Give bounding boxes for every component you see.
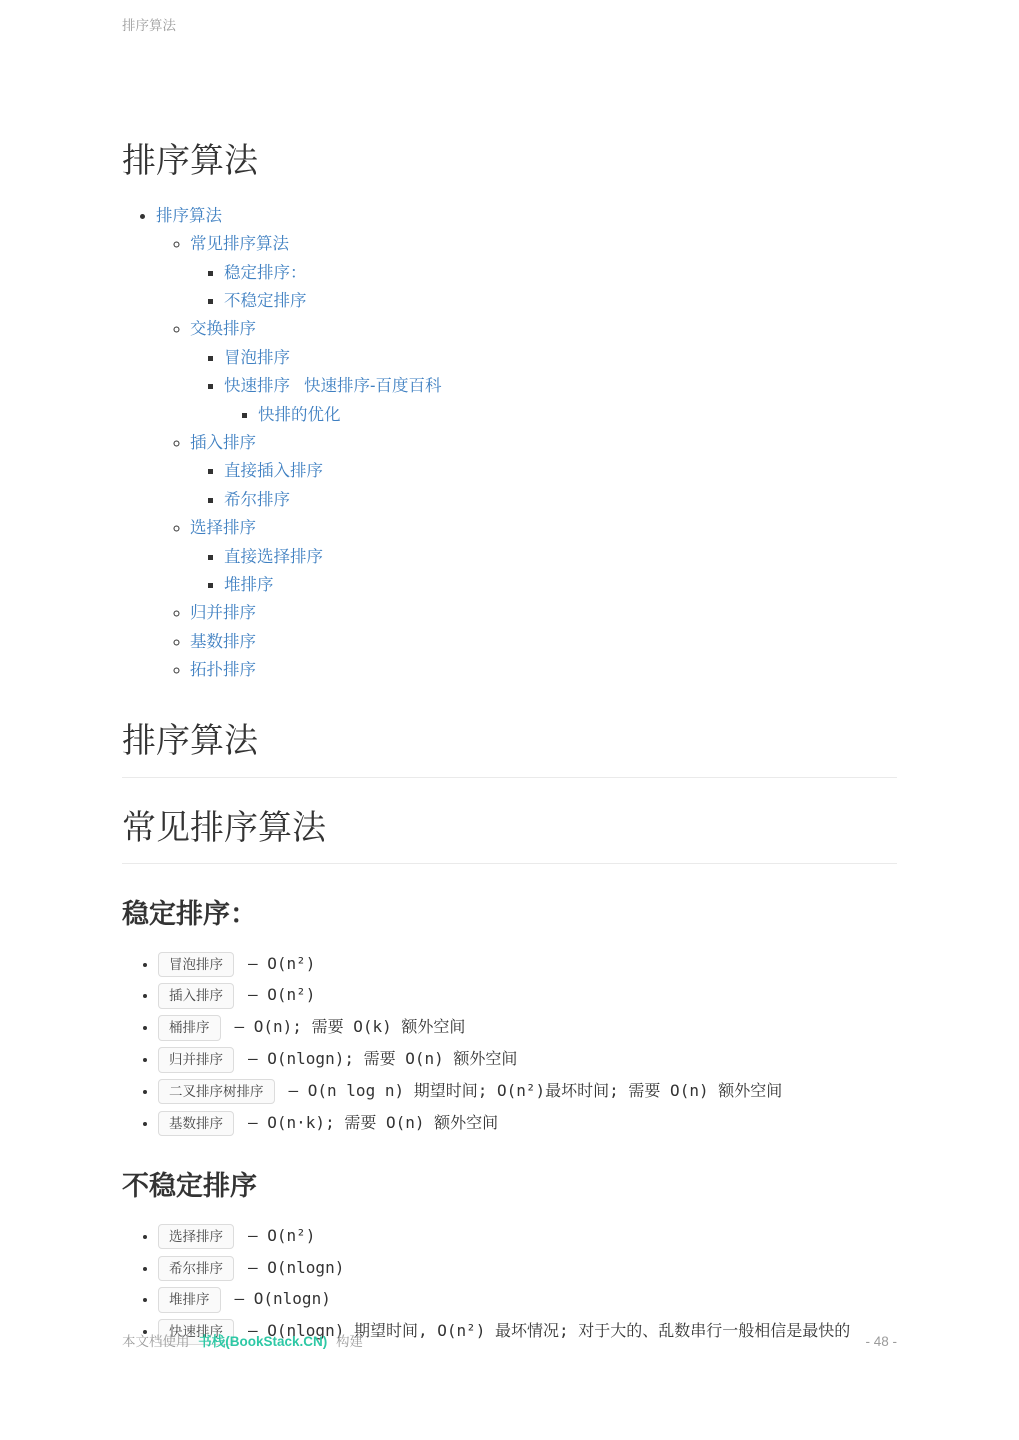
complexity-text: — O(nlogn) <box>248 1258 344 1277</box>
page-footer: 本文档使用 书栈(BookStack.CN) 构建 - 48 - <box>122 1330 897 1350</box>
list-item: 归并排序— O(nlogn); 需要 O(n) 额外空间 <box>158 1047 897 1073</box>
toc-link[interactable]: 稳定排序： <box>224 264 307 282</box>
toc-link[interactable]: 快速排序 <box>224 377 290 395</box>
toc-item: 稳定排序： <box>224 259 897 287</box>
toc-item: 交换排序 冒泡排序 快速排序快速排序-百度百科 快排的优化 <box>190 315 897 429</box>
footer-credit: 本文档使用 书栈(BookStack.CN) 构建 <box>122 1330 363 1350</box>
toc-link[interactable]: 直接选择排序 <box>224 548 323 566</box>
toc-item: 选择排序 直接选择排序 堆排序 <box>190 514 897 599</box>
toc-link[interactable]: 插入排序 <box>190 434 256 452</box>
toc-link[interactable]: 快排的优化 <box>258 406 341 424</box>
subsection-heading-stable: 稳定排序： <box>122 898 897 930</box>
complexity-text: — O(n²) <box>248 985 315 1004</box>
toc-item: 归并排序 <box>190 599 897 627</box>
running-header: 排序算法 <box>122 14 176 34</box>
code-badge: 基数排序 <box>158 1111 234 1137</box>
toc-link[interactable]: 堆排序 <box>224 576 274 594</box>
complexity-text: — O(n²) <box>248 954 315 973</box>
toc-link[interactable]: 常见排序算法 <box>190 235 289 253</box>
complexity-text: — O(nlogn) <box>235 1289 331 1308</box>
toc-item: 基数排序 <box>190 628 897 656</box>
section-heading-common-sorting: 常见排序算法 <box>122 808 897 865</box>
complexity-text: — O(n log n) 期望时间; O(n²)最坏时间; 需要 O(n) 额外… <box>289 1081 783 1100</box>
list-item: 桶排序— O(n); 需要 O(k) 额外空间 <box>158 1015 897 1041</box>
toc-item: 快排的优化 <box>258 401 897 429</box>
toc-item: 希尔排序 <box>224 486 897 514</box>
list-item: 选择排序— O(n²) <box>158 1224 897 1250</box>
code-badge: 桶排序 <box>158 1015 221 1041</box>
toc: 排序算法 常见排序算法 稳定排序： 不稳定排序 交换排序 冒泡排序 快速排序快速… <box>122 202 897 685</box>
list-item: 基数排序— O(n·k); 需要 O(n) 额外空间 <box>158 1111 897 1137</box>
toc-item: 拓扑排序 <box>190 656 897 684</box>
toc-item: 堆排序 <box>224 571 897 599</box>
toc-item: 直接选择排序 <box>224 543 897 571</box>
toc-sublist: 直接选择排序 堆排序 <box>190 543 897 600</box>
toc-sublist: 快排的优化 <box>224 401 897 429</box>
list-item: 插入排序— O(n²) <box>158 983 897 1009</box>
list-item: 冒泡排序— O(n²) <box>158 952 897 978</box>
code-badge: 堆排序 <box>158 1287 221 1313</box>
footer-prefix: 本文档使用 <box>122 1334 190 1349</box>
toc-link-external[interactable]: 快速排序-百度百科 <box>304 377 442 395</box>
toc-link[interactable]: 交换排序 <box>190 320 256 338</box>
toc-link[interactable]: 排序算法 <box>156 207 222 225</box>
code-badge: 冒泡排序 <box>158 952 234 978</box>
toc-item: 直接插入排序 <box>224 457 897 485</box>
toc-item: 常见排序算法 稳定排序： 不稳定排序 <box>190 230 897 315</box>
page-title: 排序算法 <box>122 141 897 182</box>
toc-item: 快速排序快速排序-百度百科 快排的优化 <box>224 372 897 429</box>
section-heading-sorting: 排序算法 <box>122 721 897 778</box>
toc-item: 冒泡排序 <box>224 344 897 372</box>
complexity-text: — O(n²) <box>248 1226 315 1245</box>
list-item: 二叉排序树排序— O(n log n) 期望时间; O(n²)最坏时间; 需要 … <box>158 1079 897 1105</box>
code-badge: 插入排序 <box>158 983 234 1009</box>
toc-link[interactable]: 希尔排序 <box>224 491 290 509</box>
toc-link[interactable]: 直接插入排序 <box>224 462 323 480</box>
toc-link[interactable]: 拓扑排序 <box>190 661 256 679</box>
toc-sublist: 常见排序算法 稳定排序： 不稳定排序 交换排序 冒泡排序 快速排序快速排序-百度… <box>156 230 897 685</box>
code-badge: 选择排序 <box>158 1224 234 1250</box>
toc-link[interactable]: 归并排序 <box>190 604 256 622</box>
stable-sort-list: 冒泡排序— O(n²) 插入排序— O(n²) 桶排序— O(n); 需要 O(… <box>122 952 897 1137</box>
document-page: 排序算法 排序算法 排序算法 常见排序算法 稳定排序： 不稳定排序 交换排序 冒… <box>0 0 1019 1440</box>
list-item: 堆排序— O(nlogn) <box>158 1287 897 1313</box>
subsection-heading-unstable: 不稳定排序 <box>122 1170 897 1202</box>
toc-sublist: 冒泡排序 快速排序快速排序-百度百科 快排的优化 <box>190 344 897 429</box>
complexity-text: — O(n); 需要 O(k) 额外空间 <box>235 1017 466 1036</box>
page-number: - 48 - <box>865 1334 897 1349</box>
complexity-text: — O(n·k); 需要 O(n) 额外空间 <box>248 1113 498 1132</box>
toc-item: 插入排序 直接插入排序 希尔排序 <box>190 429 897 514</box>
footer-brand-link[interactable]: 书栈(BookStack.CN) <box>198 1334 327 1349</box>
code-badge: 归并排序 <box>158 1047 234 1073</box>
code-badge: 希尔排序 <box>158 1256 234 1282</box>
toc-link[interactable]: 选择排序 <box>190 519 256 537</box>
toc-link[interactable]: 不稳定排序 <box>224 292 307 310</box>
code-badge: 二叉排序树排序 <box>158 1079 275 1105</box>
toc-link[interactable]: 冒泡排序 <box>224 349 290 367</box>
toc-sublist: 稳定排序： 不稳定排序 <box>190 259 897 316</box>
list-item: 希尔排序— O(nlogn) <box>158 1256 897 1282</box>
complexity-text: — O(nlogn); 需要 O(n) 额外空间 <box>248 1049 517 1068</box>
footer-suffix: 构建 <box>336 1334 363 1349</box>
toc-link[interactable]: 基数排序 <box>190 633 256 651</box>
toc-sublist: 直接插入排序 希尔排序 <box>190 457 897 514</box>
toc-item: 排序算法 常见排序算法 稳定排序： 不稳定排序 交换排序 冒泡排序 快速排序快速… <box>156 202 897 685</box>
toc-item: 不稳定排序 <box>224 287 897 315</box>
unstable-sort-list: 选择排序— O(n²) 希尔排序— O(nlogn) 堆排序— O(nlogn)… <box>122 1224 897 1345</box>
